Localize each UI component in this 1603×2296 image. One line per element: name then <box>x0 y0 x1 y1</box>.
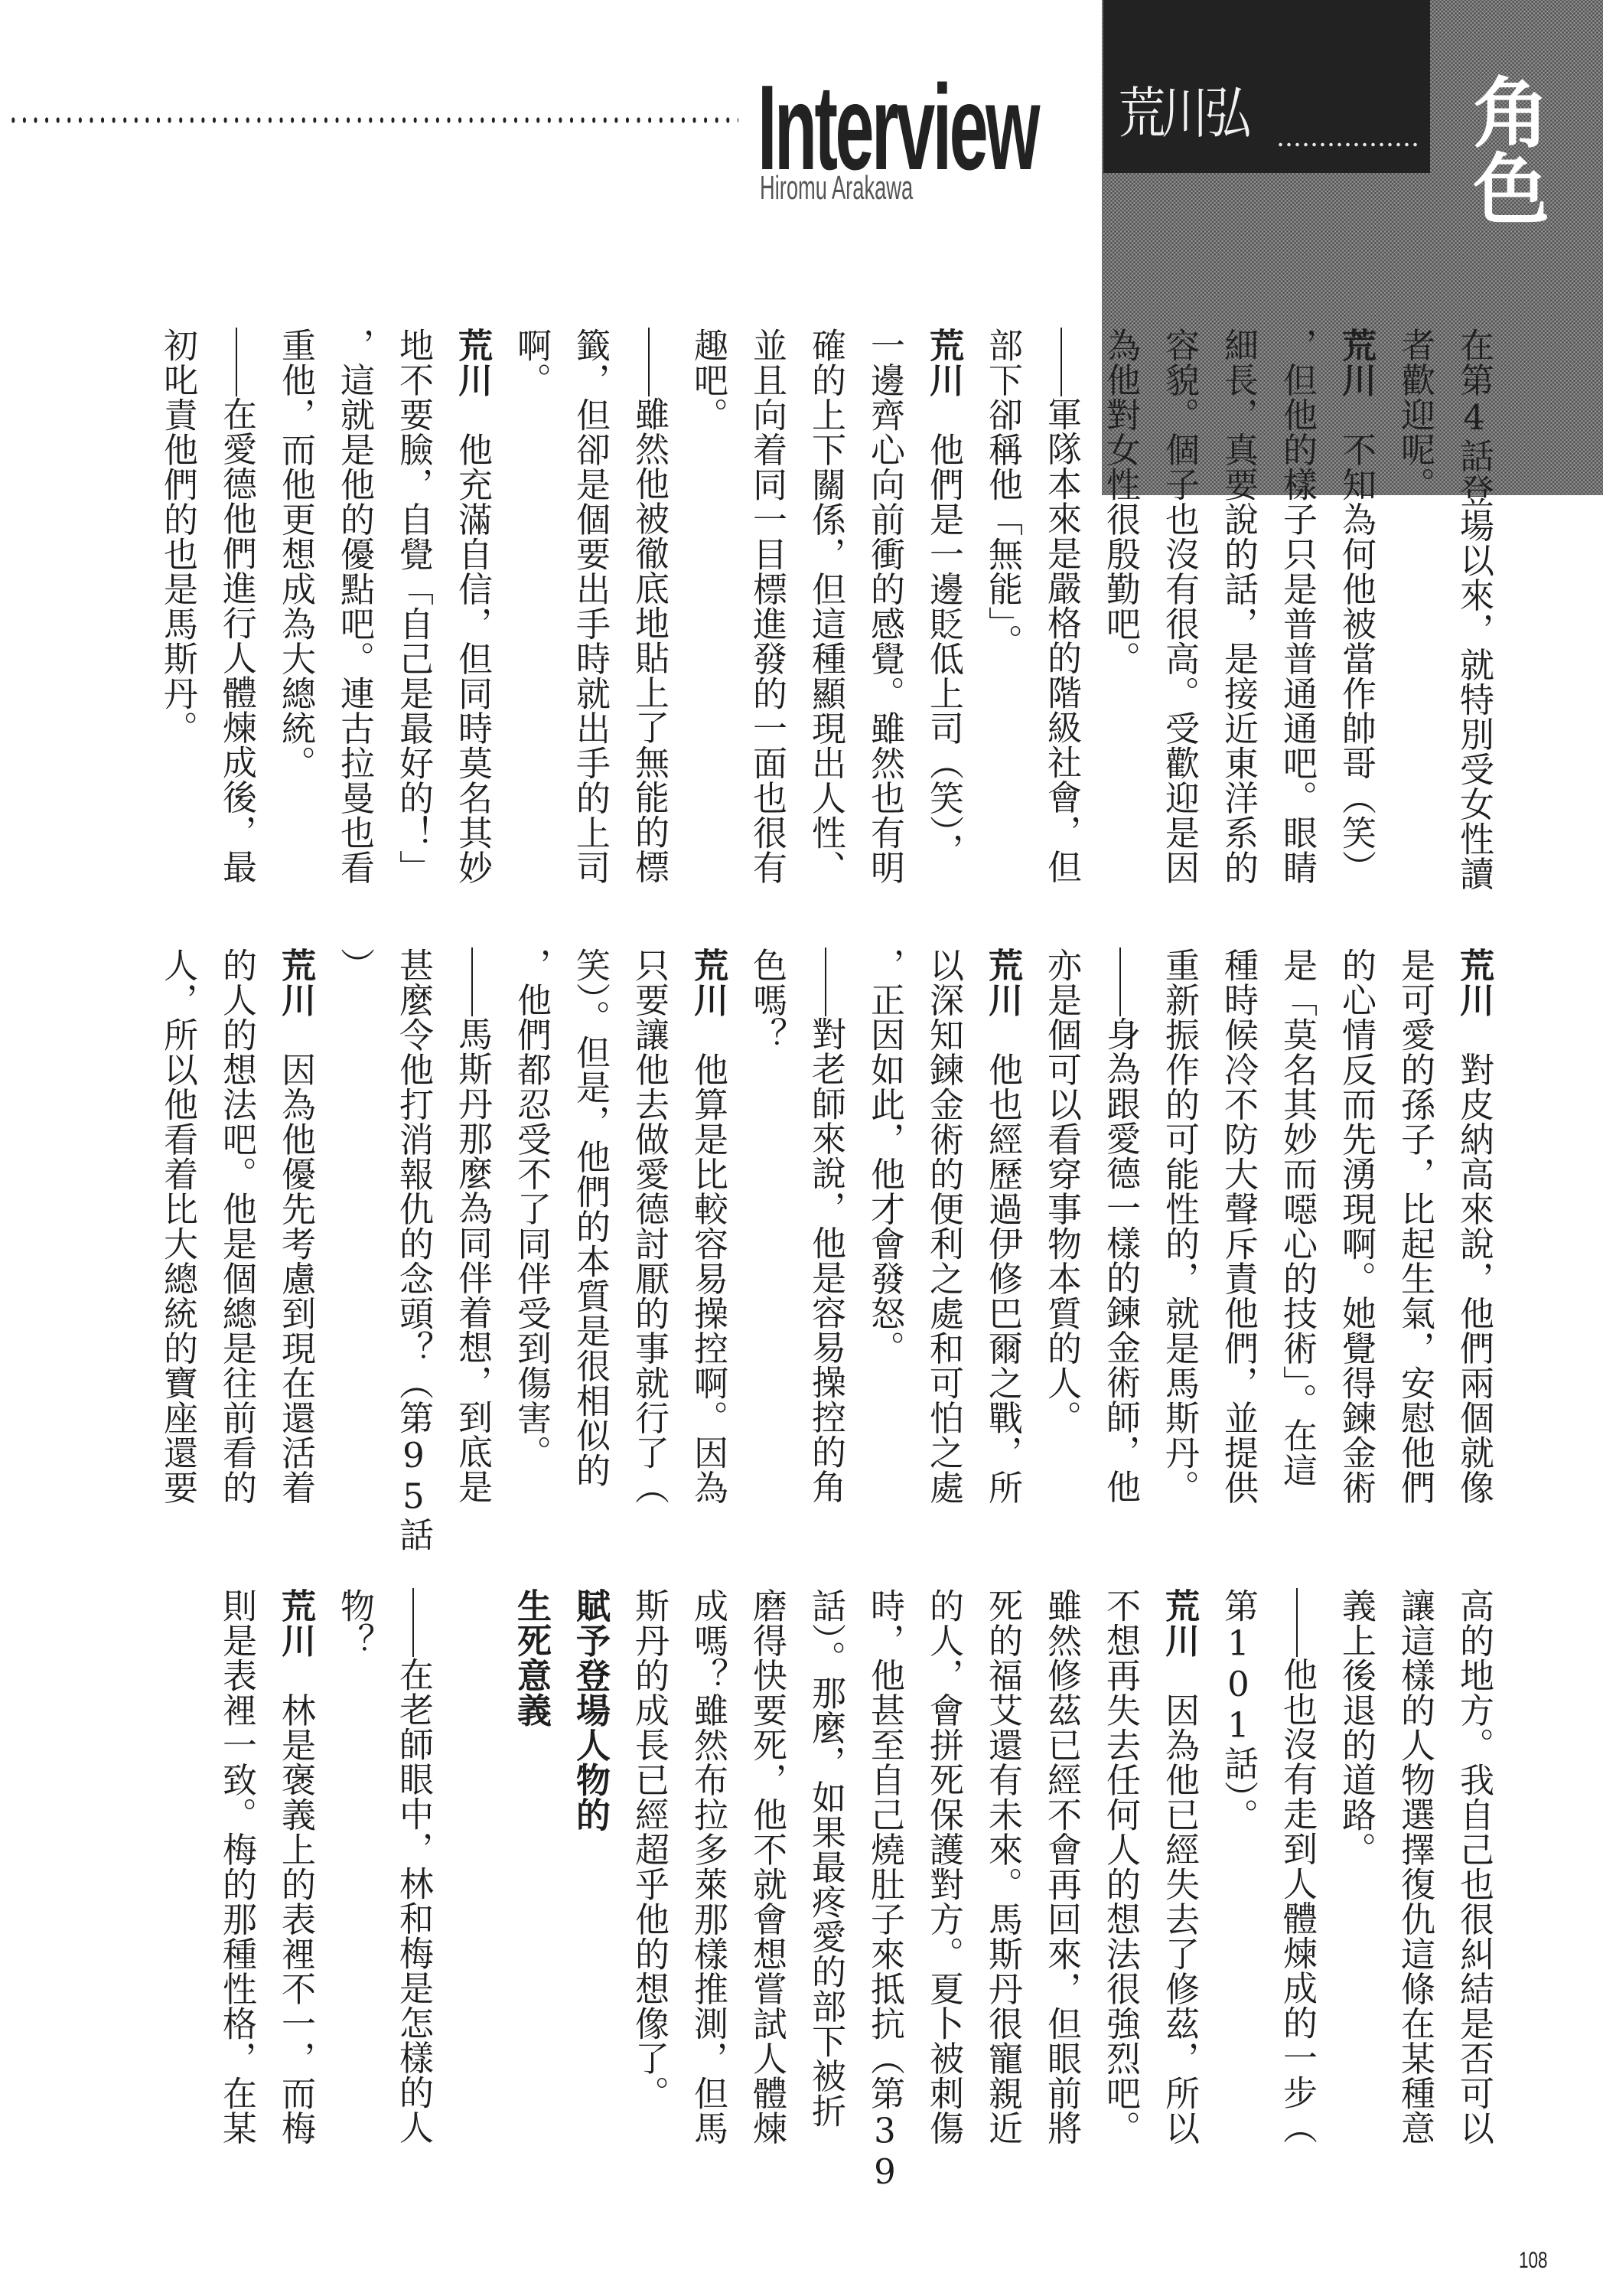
column-text: 物？ <box>334 1588 375 1658</box>
text-column: 物？ <box>328 1588 380 1658</box>
speaker-label: 荒川 <box>688 947 728 1052</box>
column-text: 在老師眼中，林和梅是怎樣的人 <box>393 1657 434 2144</box>
column-text: 身為跟愛德一樣的鍊金術師，他 <box>1100 1016 1141 1504</box>
section-heading: 生死意義 <box>505 1588 557 1727</box>
column-text: 重新振作的可能性的，就是馬斯丹。 <box>1159 947 1200 1505</box>
speaker-line: 荒川 不知為何他被當作帥哥（笑） <box>1330 328 1382 885</box>
question-dash <box>412 1588 414 1657</box>
column-text: 為他對女性很殷勤吧。 <box>1100 328 1141 676</box>
speaker-label: 荒川 <box>1454 947 1494 1052</box>
text-column: 籤，但卻是個要出手時就出手的上司 <box>564 328 616 885</box>
speaker-label: 荒川 <box>452 328 493 432</box>
question-line: 對老師來說，他是容易操控的角 <box>800 947 852 1504</box>
question-line: 馬斯丹那麼為同伴着想，到底是 <box>446 947 498 1504</box>
column-text: 馬斯丹那麼為同伴着想，到底是 <box>452 1016 493 1504</box>
column-text: 磨得快要死，他不就會想嘗試人體煉 <box>747 1588 787 2145</box>
column-text: 他們是一邊貶低上司（笑）， <box>924 432 964 868</box>
column-text: 種時候冷不防大聲斥責他們，並提供 <box>1218 947 1259 1505</box>
column-text: ，這就是他的優點吧。連古拉曼也看 <box>334 328 375 885</box>
column-text: 重他，而他更想成為大總統。 <box>275 328 316 781</box>
text-column: 是可愛的孫子，比起生氣，安慰他們 <box>1389 947 1441 1505</box>
column-text: 讓這樣的人物選擇復仇這條在某種意 <box>1395 1588 1435 2145</box>
column-text: ，他們都忍受不了同伴受到傷害。 <box>511 947 552 1470</box>
column-text: 對皮納高來說，他們兩個就像 <box>1454 1052 1494 1505</box>
text-column: 確的上下關係，但這種顯現出人性、 <box>800 328 852 885</box>
text-column: ） <box>328 947 380 983</box>
text-column: 為他對女性很殷勤吧。 <box>1094 328 1146 676</box>
text-column: 重他，而他更想成為大總統。 <box>269 328 321 781</box>
column-text: 一邊齊心向前衝的感覺。雖然也有明 <box>865 328 905 885</box>
text-column: 是「莫名其妙而噁心的技術」。在這 <box>1271 947 1323 1488</box>
header-dotted-line <box>8 116 738 124</box>
column-text: 並且向着同一目標進發的一面也很有 <box>747 328 787 885</box>
column-text: 成嗎？雖然布拉多萊那樣推測，但馬 <box>688 1588 728 2145</box>
question-dash <box>471 947 473 1016</box>
column-text: 地不要臉，自覺「自己是最好的！」 <box>393 328 434 885</box>
column-text: 的人的想法吧。他是個總是往前看的 <box>217 947 257 1505</box>
text-column: 話）。那麼，如果最疼愛的部下被折 <box>800 1588 852 2128</box>
column-text: 賦予登場人物的 <box>570 1588 611 1832</box>
column-text: 生死意義 <box>511 1588 552 1727</box>
text-column: 並且向着同一目標進發的一面也很有 <box>741 328 793 885</box>
speaker-label: 荒川 <box>982 947 1023 1052</box>
column-text: 因為他優先考慮到現在還活着 <box>275 1052 316 1505</box>
text-column: 成嗎？雖然布拉多萊那樣推測，但馬 <box>682 1588 734 2145</box>
text-column: 一邊齊心向前衝的感覺。雖然也有明 <box>859 328 911 885</box>
page-number: 108 <box>1519 2248 1548 2274</box>
text-column: 部下卻稱他「無能」。 <box>976 328 1028 659</box>
column-text: 死的福艾還有未來。馬斯丹很寵親近 <box>982 1588 1023 2145</box>
text-column: 的人的想法吧。他是個總是往前看的 <box>210 947 262 1505</box>
text-column: 趣吧。 <box>682 328 734 432</box>
text-column: 磨得快要死，他不就會想嘗試人體煉 <box>741 1588 793 2145</box>
text-column: 重新振作的可能性的，就是馬斯丹。 <box>1153 947 1205 1505</box>
column-text: 啊。 <box>511 328 552 397</box>
text-column: 死的福艾還有未來。馬斯丹很寵親近 <box>976 1588 1028 2145</box>
question-dash <box>825 947 826 1016</box>
column-text: 話）。那麼，如果最疼愛的部下被折 <box>806 1588 846 2128</box>
speaker-label: 荒川 <box>924 328 964 432</box>
text-column: 雖然修茲已經不會再回來，但眼前將 <box>1035 1588 1087 2145</box>
text-column: 人，所以他看着比大總統的寶座還要 <box>152 947 204 1505</box>
column-text: ） <box>334 947 375 983</box>
column-text: 是「莫名其妙而噁心的技術」。在這 <box>1277 947 1318 1488</box>
section-heading: 賦予登場人物的 <box>564 1588 616 1832</box>
column-text: 他充滿自信，但同時莫名其妙 <box>452 432 493 885</box>
column-text: 軍隊本來是嚴格的階級社會，但 <box>1041 396 1082 884</box>
column-text: 高的地方。我自己也很糾結是否可以 <box>1454 1588 1494 2145</box>
column-text: 籤，但卻是個要出手時就出手的上司 <box>570 328 611 885</box>
text-column: 只要讓他去做愛德討厭的事就行了（ <box>623 947 675 1505</box>
speaker-line: 荒川 因為他優先考慮到現在還活着 <box>269 947 321 1505</box>
text-column: 不想再失去任何人的想法很強烈吧。 <box>1094 1588 1146 2145</box>
column-text: 他算是比較容易操控啊。因為 <box>688 1052 728 1505</box>
column-text: 因為他已經失去了修茲，所以 <box>1159 1693 1200 2146</box>
speaker-line: 荒川 他也經歷過伊修巴爾之戰，所 <box>976 947 1028 1505</box>
question-line: 在愛德他們進行人體煉成後，最 <box>210 328 262 884</box>
speaker-line: 荒川 對皮納高來說，他們兩個就像 <box>1448 947 1500 1505</box>
column-text: 斯丹的成長已經超乎他的想像了。 <box>629 1588 670 2111</box>
text-column: 在第4話登場以來，就特別受女性讀 <box>1448 328 1500 891</box>
column-text: 義上後退的道路。 <box>1336 1588 1377 1867</box>
text-column: 初叱責他們的也是馬斯丹。 <box>152 328 204 745</box>
column-text: 亦是個可以看穿事物本質的人。 <box>1041 947 1082 1435</box>
text-column: 亦是個可以看穿事物本質的人。 <box>1035 947 1087 1435</box>
column-text: 他也沒有走到人體煉成的一步（ <box>1277 1657 1318 2144</box>
column-text: 細長，真要說的話，是接近東洋系的 <box>1218 328 1259 885</box>
section-title: 角色 <box>1463 73 1547 226</box>
speaker-label: 荒川 <box>275 947 316 1052</box>
speaker-label: 荒川 <box>275 1588 316 1693</box>
column-text: 時，他甚至自己燒肚子來抵抗（第39 <box>865 1588 905 2193</box>
speaker-line: 荒川 他充滿自信，但同時莫名其妙 <box>446 328 498 885</box>
speaker-line: 荒川 他算是比較容易操控啊。因為 <box>682 947 734 1505</box>
question-line: 軍隊本來是嚴格的階級社會，但 <box>1035 328 1087 884</box>
text-column: 高的地方。我自己也很糾結是否可以 <box>1448 1588 1500 2145</box>
column-text: 者歡迎呢。 <box>1395 328 1435 502</box>
column-text: 不想再失去任何人的想法很強烈吧。 <box>1100 1588 1141 2145</box>
text-column: 第101話）。 <box>1212 1588 1264 1833</box>
text-column: ，但他的樣子只是普普通通吧。眼睛 <box>1271 328 1323 885</box>
column-text: 人，所以他看着比大總統的寶座還要 <box>158 947 198 1505</box>
column-text: 只要讓他去做愛德討厭的事就行了（ <box>629 947 670 1505</box>
column-text: 對老師來說，他是容易操控的角 <box>806 1016 846 1504</box>
column-text: 林是褒義上的表裡不一，而梅 <box>275 1693 316 2146</box>
question-dash <box>1296 1588 1298 1657</box>
text-column: 笑）。但是，他們的本質是很相似的 <box>564 947 616 1488</box>
text-column: 則是表裡一致。梅的那種性格，在某 <box>210 1588 262 2145</box>
column-text: 色嗎？ <box>747 947 787 1052</box>
column-text: 第101話）。 <box>1218 1588 1259 1833</box>
text-column: 甚麼令他打消報仇的念頭？（第95話 <box>387 947 439 1552</box>
question-line: 雖然他被徹底地貼上了無能的標 <box>623 328 675 884</box>
text-column: ，這就是他的優點吧。連古拉曼也看 <box>328 328 380 885</box>
question-line: 身為跟愛德一樣的鍊金術師，他 <box>1094 947 1146 1504</box>
column-text: 在愛德他們進行人體煉成後，最 <box>217 396 257 884</box>
question-dash <box>648 328 650 396</box>
column-text: 的心情反而先湧現啊。她覺得鍊金術 <box>1336 947 1377 1505</box>
column-text: 初叱責他們的也是馬斯丹。 <box>158 328 198 745</box>
text-column: 義上後退的道路。 <box>1330 1588 1382 1867</box>
text-column: 斯丹的成長已經超乎他的想像了。 <box>623 1588 675 2111</box>
column-text: 則是表裡一致。梅的那種性格，在某 <box>217 1588 257 2145</box>
text-column: 以深知鍊金術的便利之處和可怕之處 <box>917 947 969 1505</box>
text-column: 者歡迎呢。 <box>1389 328 1441 502</box>
column-text: 是可愛的孫子，比起生氣，安慰他們 <box>1395 947 1435 1505</box>
column-text: 確的上下關係，但這種顯現出人性、 <box>806 328 846 885</box>
column-text: 部下卻稱他「無能」。 <box>982 328 1023 659</box>
speaker-line: 荒川 因為他已經失去了修茲，所以 <box>1153 1588 1205 2145</box>
column-text: ，但他的樣子只是普普通通吧。眼睛 <box>1277 328 1318 885</box>
column-text: 他也經歷過伊修巴爾之戰，所 <box>982 1052 1023 1505</box>
column-text: 的人，會拼死保護對方。夏卜被刺傷 <box>924 1588 964 2145</box>
text-column: 容貌。個子也沒有很高。受歡迎是因 <box>1153 328 1205 885</box>
speaker-line: 荒川 他們是一邊貶低上司（笑）， <box>917 328 969 868</box>
interview-subtitle: Hiromu Arakawa <box>760 171 913 205</box>
column-text: 在第4話登場以來，就特別受女性讀 <box>1454 328 1494 891</box>
question-dash <box>1119 947 1121 1016</box>
question-dash <box>1061 328 1062 396</box>
text-column: 色嗎？ <box>741 947 793 1052</box>
text-column: ，正因如此，他才會發怒。 <box>859 947 911 1365</box>
column-text: 以深知鍊金術的便利之處和可怕之處 <box>924 947 964 1505</box>
speaker-label: 荒川 <box>1336 328 1377 432</box>
speaker-label: 荒川 <box>1159 1588 1200 1693</box>
column-text: 雖然他被徹底地貼上了無能的標 <box>629 396 670 884</box>
author-dotted-leader <box>1276 142 1422 147</box>
text-column: 的心情反而先湧現啊。她覺得鍊金術 <box>1330 947 1382 1505</box>
text-column: 啊。 <box>505 328 557 397</box>
text-column: 種時候冷不防大聲斥責他們，並提供 <box>1212 947 1264 1505</box>
column-text: 趣吧。 <box>688 328 728 432</box>
column-text: 不知為何他被當作帥哥（笑） <box>1336 432 1377 885</box>
column-text: 笑）。但是，他們的本質是很相似的 <box>570 947 611 1488</box>
text-column: 細長，真要說的話，是接近東洋系的 <box>1212 328 1264 885</box>
author-name: 荒川弘 <box>1119 86 1247 141</box>
text-column: 讓這樣的人物選擇復仇這條在某種意 <box>1389 1588 1441 2145</box>
text-column: ，他們都忍受不了同伴受到傷害。 <box>505 947 557 1470</box>
question-line: 他也沒有走到人體煉成的一步（ <box>1271 1588 1323 2144</box>
text-column: 時，他甚至自己燒肚子來抵抗（第39 <box>859 1588 911 2193</box>
column-text: ，正因如此，他才會發怒。 <box>865 947 905 1365</box>
column-text: 雖然修茲已經不會再回來，但眼前將 <box>1041 1588 1082 2145</box>
text-column: 地不要臉，自覺「自己是最好的！」 <box>387 328 439 885</box>
column-text: 容貌。個子也沒有很高。受歡迎是因 <box>1159 328 1200 885</box>
text-column: 的人，會拼死保護對方。夏卜被刺傷 <box>917 1588 969 2145</box>
question-line: 在老師眼中，林和梅是怎樣的人 <box>387 1588 439 2144</box>
column-text: 甚麼令他打消報仇的念頭？（第95話 <box>393 947 434 1552</box>
speaker-line: 荒川 林是褒義上的表裡不一，而梅 <box>269 1588 321 2145</box>
question-dash <box>236 328 237 396</box>
